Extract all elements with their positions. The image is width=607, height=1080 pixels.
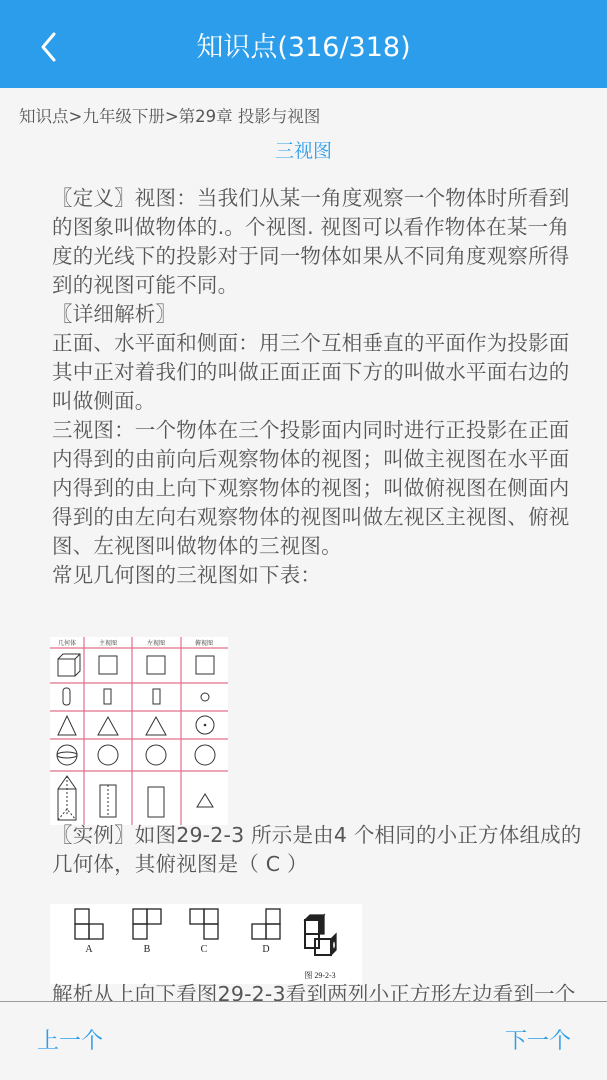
table-header-geometry: 几何体 — [58, 639, 76, 647]
previous-button[interactable]: 上一个 — [37, 1024, 103, 1055]
app-header: 知识点(316/318) — [0, 0, 607, 88]
text-line: 图、左视图叫做物体的三视图。 — [52, 532, 562, 561]
text-line: 得到的由左向右观察物体的视图叫做左视区主视图、俯视 — [52, 503, 562, 532]
text-line: 常见几何图的三视图如下表： — [52, 561, 562, 590]
text-line: 几何体，其俯视图是（ C ） — [52, 850, 562, 879]
text-line: 三视图：一个物体在三个投影面内同时进行正投影在正面 — [52, 416, 562, 445]
option-a-label: A — [85, 944, 93, 955]
text-line: 〖详细解析〗 — [52, 300, 562, 329]
next-button[interactable]: 下一个 — [505, 1024, 571, 1055]
solution-section: 解析从上向下看图29-2-3看到两列小正方形左边看到一个 — [52, 980, 562, 1001]
text-line: 叫做侧面。 — [52, 387, 562, 416]
text-line: 其中正对着我们的叫做正面正面下方的叫做水平面右边的 — [52, 358, 562, 387]
knowledge-content[interactable]: 知识点>九年级下册>第29章 投影与视图 三视图 〖定义〗视图：当我们从某一角度… — [0, 88, 607, 1001]
definition-section: 〖定义〗视图：当我们从某一角度观察一个物体时所看到 的图象叫做物体的.。个视图.… — [52, 184, 562, 590]
option-b-label: B — [144, 944, 151, 955]
three-view-table-image: 几何体 主视图 左视图 俯视图 — [50, 637, 228, 825]
option-c-label: C — [201, 944, 208, 955]
text-line: 到的视图可能不同。 — [52, 271, 562, 300]
text-line: 度的光线下的投影对于同一物体如果从不同角度观察所得 — [52, 242, 562, 271]
example-figure-image: A B C D 图 29-2-3 — [50, 904, 362, 984]
text-line: 的图象叫做物体的.。个视图. 视图可以看作物体在某一角 — [52, 213, 562, 242]
footer-nav: 上一个 下一个 — [0, 1001, 607, 1080]
text-line: 正面、水平面和侧面：用三个互相垂直的平面作为投影面 — [52, 329, 562, 358]
option-d-label: D — [262, 944, 269, 955]
text-line: 解析从上向下看图29-2-3看到两列小正方形左边看到一个 — [52, 980, 562, 1001]
text-line: 内得到的由上向下观察物体的视图；叫做俯视图在侧面内 — [52, 474, 562, 503]
figure-caption: 图 29-2-3 — [304, 971, 335, 980]
topic-title: 三视图 — [0, 136, 607, 163]
text-line: 内得到的由前向后观察物体的视图；叫做主视图在水平面 — [52, 445, 562, 474]
text-line: 〖定义〗视图：当我们从某一角度观察一个物体时所看到 — [52, 184, 562, 213]
table-header-top: 俯视图 — [195, 639, 213, 647]
page-title: 知识点(316/318) — [0, 0, 607, 88]
example-section: 〖实例〗如图29-2-3 所示是由4 个相同的小正方体组成的 几何体，其俯视图是… — [52, 821, 562, 879]
table-header-front: 主视图 — [99, 639, 117, 647]
table-header-left: 左视图 — [147, 639, 165, 647]
text-line: 〖实例〗如图29-2-3 所示是由4 个相同的小正方体组成的 — [52, 821, 562, 850]
breadcrumb: 知识点>九年级下册>第29章 投影与视图 — [19, 103, 320, 127]
